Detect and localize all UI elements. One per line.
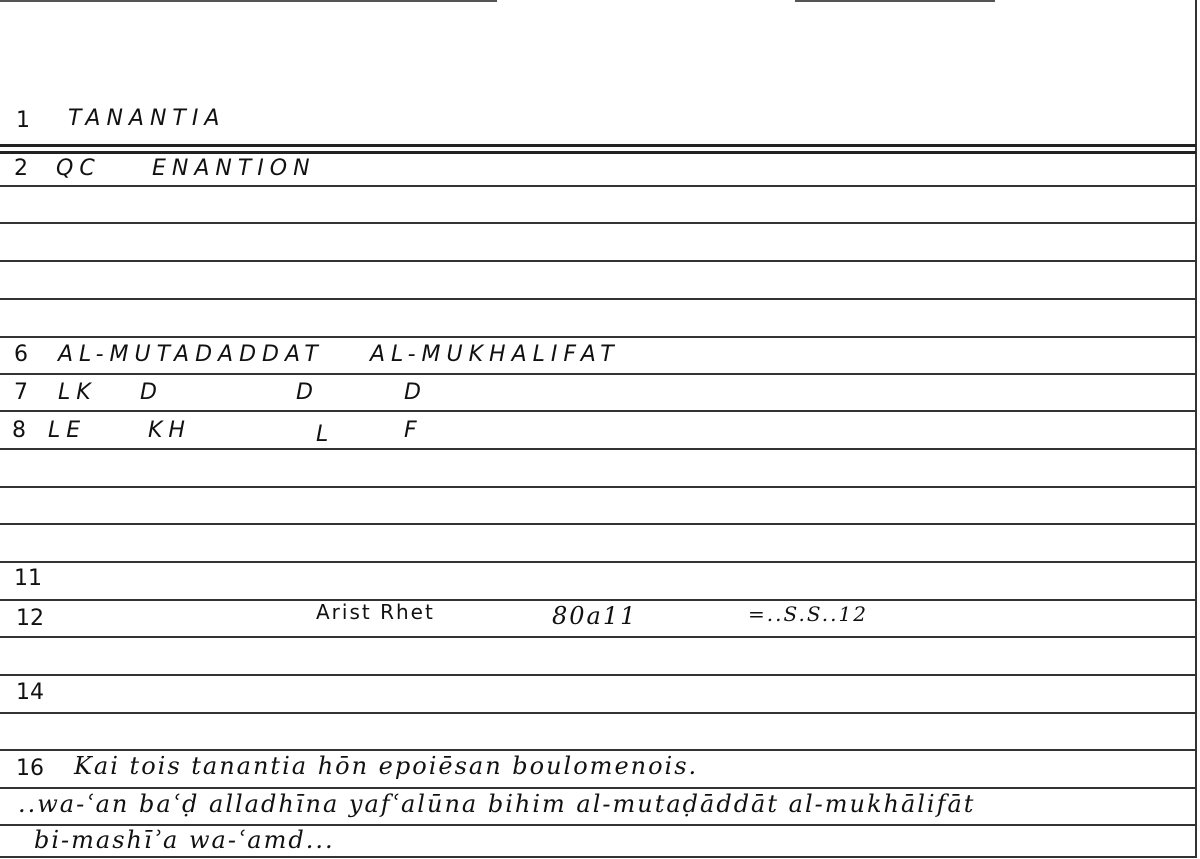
row-number: 11	[14, 566, 42, 591]
ruled-line	[0, 144, 1196, 147]
card-top-edge	[795, 0, 995, 2]
ruled-line	[0, 674, 1196, 676]
row-number: 12	[16, 606, 44, 631]
ruled-line	[0, 298, 1196, 300]
ruled-line	[0, 260, 1196, 262]
ruled-line	[0, 712, 1196, 714]
lemma-greek-form: ENANTION	[152, 156, 316, 181]
row-number: 1	[16, 108, 30, 133]
root-mark: F	[404, 418, 423, 443]
ruled-line	[0, 185, 1196, 187]
ruled-line	[0, 523, 1196, 525]
arabic-lemma-1: AL-MUTADADDAT	[58, 342, 324, 367]
ruled-line	[0, 749, 1196, 751]
root-mark: KH	[148, 418, 191, 443]
row-number: 8	[12, 418, 26, 443]
source-reference: Arist Rhet	[316, 600, 435, 624]
root-mark: L	[316, 422, 334, 447]
ruled-line	[0, 486, 1196, 488]
ruled-line	[0, 787, 1196, 789]
arabic-lemma-2: AL-MUKHALIFAT	[370, 342, 620, 367]
root-code: LE	[48, 418, 86, 443]
ruled-line	[0, 336, 1196, 338]
row-number: 6	[14, 342, 28, 367]
row-number: 7	[14, 380, 28, 405]
ruled-line	[0, 410, 1196, 412]
ruled-line	[0, 636, 1196, 638]
arabic-quotation-line-1: ..wa-ʿan baʿḍ alladhīna yafʿalūna bihim …	[18, 790, 975, 818]
arabic-page-reference: =..S.S..12	[748, 602, 868, 626]
lemma-greek-translit: TANANTIA	[68, 106, 225, 131]
ruled-line	[0, 448, 1196, 450]
root-mark: D	[404, 380, 427, 405]
ruled-line	[0, 599, 1196, 601]
ruled-line	[0, 373, 1196, 375]
root-mark: D	[296, 380, 319, 405]
row-number: 14	[16, 680, 44, 705]
ruled-line	[0, 151, 1196, 154]
card-bottom-edge	[0, 856, 1197, 858]
root-mark: D	[140, 380, 163, 405]
arabic-quotation-line-2: bi-mashīʾa wa-ʿamd...	[34, 826, 335, 854]
card-top-edge	[0, 0, 497, 2]
row-number: 2	[14, 156, 28, 181]
root-code: LK	[58, 380, 97, 405]
ruled-line	[0, 222, 1196, 224]
lemma-code: QC	[56, 156, 101, 181]
source-locus: 80a11	[552, 602, 637, 630]
card-right-border	[1195, 0, 1197, 858]
index-card: 1 TANANTIA 2 QC ENANTION 6 AL-MUTADADDAT…	[0, 0, 1200, 859]
greek-quotation: Kai tois tanantia hōn epoiēsan boulomeno…	[74, 752, 698, 780]
ruled-line	[0, 561, 1196, 563]
row-number: 16	[16, 756, 44, 781]
